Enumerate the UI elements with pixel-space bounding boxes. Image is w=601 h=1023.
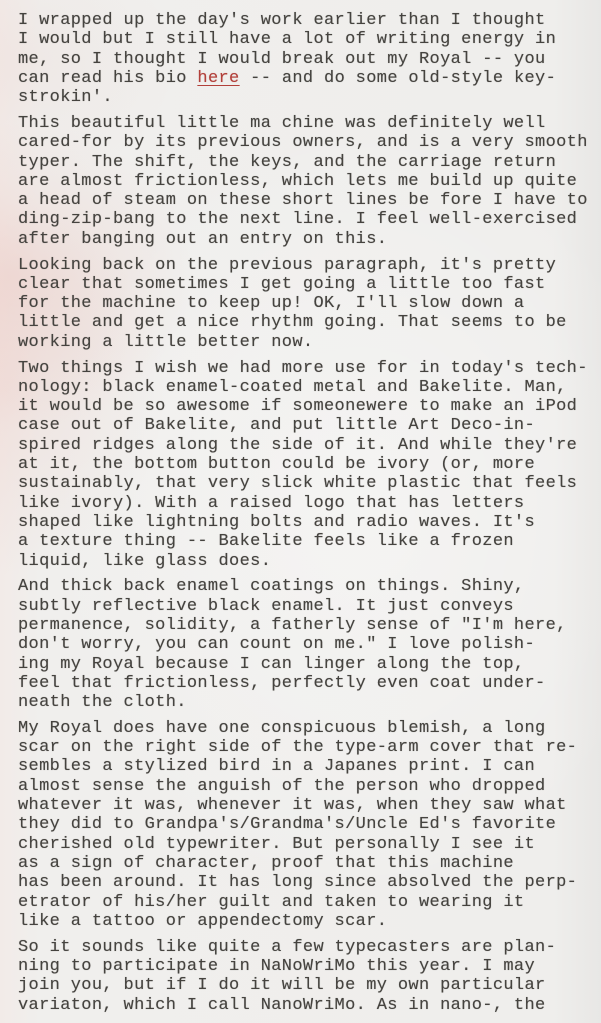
text-segment: ning to participate in NaNoWriMo this ye… (18, 957, 535, 976)
typed-line: little and get a nice rhythm going. That… (18, 313, 591, 332)
text-segment: nology: black enamel-coated metal and Ba… (18, 378, 567, 397)
text-segment: has been around. It has long since absol… (18, 873, 577, 892)
text-segment: clear that sometimes I get going a littl… (18, 275, 546, 294)
text-segment: My Royal does have one conspicuous blemi… (18, 719, 546, 738)
paragraph: Two things I wish we had more use for in… (18, 359, 591, 571)
here-link[interactable]: here (197, 69, 239, 88)
text-segment: don't worry, you can count on me." I lov… (18, 635, 535, 654)
text-segment: typer. The shift, the keys, and the carr… (18, 153, 556, 172)
text-segment: So it sounds like quite a few typecaster… (18, 938, 556, 957)
typed-line: clear that sometimes I get going a littl… (18, 275, 591, 294)
text-segment: I wrapped up the day's work earlier than… (18, 11, 546, 30)
typed-line: a head of steam on these short lines be … (18, 191, 591, 210)
text-segment: they did to Grandpa's/Grandma's/Uncle Ed… (18, 815, 556, 834)
typed-line: almost sense the anguish of the person w… (18, 777, 591, 796)
text-segment: cared-for by its previous owners, and is… (18, 133, 588, 152)
text-segment: sustainably, that very slick white plast… (18, 474, 577, 493)
typed-line: they did to Grandpa's/Grandma's/Uncle Ed… (18, 815, 591, 834)
typed-line: So it sounds like quite a few typecaster… (18, 938, 591, 957)
text-segment: cherished old typewriter. But personally… (18, 835, 535, 854)
paragraph: Looking back on the previous paragraph, … (18, 256, 591, 352)
text-segment: Two things I wish we had more use for in… (18, 359, 588, 378)
typed-line: subtly reflective black enamel. It just … (18, 597, 591, 616)
text-segment: working a little better now. (18, 333, 313, 352)
text-segment: etrator of his/her guilt and taken to we… (18, 893, 524, 912)
paragraph: My Royal does have one conspicuous blemi… (18, 719, 591, 931)
typed-line: for the machine to keep up! OK, I'll slo… (18, 294, 591, 313)
text-segment: -- and do some old-style key- (240, 69, 557, 88)
text-segment: Looking back on the previous paragraph, … (18, 256, 556, 275)
typed-line: are almost frictionless, which lets me b… (18, 172, 591, 191)
text-segment: And thick back enamel coatings on things… (18, 577, 524, 596)
paragraph: And thick back enamel coatings on things… (18, 577, 591, 712)
typed-line: neath the cloth. (18, 693, 591, 712)
text-segment: like ivory). With a raised logo that has… (18, 494, 524, 513)
text-segment: a head of steam on these short lines be … (18, 191, 588, 210)
text-segment: feel that frictionless, perfectly even c… (18, 674, 546, 693)
typed-line: can read his bio here -- and do some old… (18, 69, 591, 88)
typed-line: case out of Bakelite, and put little Art… (18, 416, 591, 435)
text-segment: spired ridges along the side of it. And … (18, 436, 577, 455)
typed-line: it would be so awesome if someonewere to… (18, 397, 591, 416)
typed-page: I wrapped up the day's work earlier than… (0, 0, 601, 1023)
typed-line: scar on the right side of the type-arm c… (18, 738, 591, 757)
typed-line: My Royal does have one conspicuous blemi… (18, 719, 591, 738)
text-segment: little and get a nice rhythm going. That… (18, 313, 567, 332)
text-segment: strokin'. (18, 88, 113, 107)
typed-line: join you, but if I do it will be my own … (18, 976, 591, 995)
typed-line: permanence, solidity, a fatherly sense o… (18, 616, 591, 635)
typed-line: don't worry, you can count on me." I lov… (18, 635, 591, 654)
typed-line: I wrapped up the day's work earlier than… (18, 11, 591, 30)
paragraph: I wrapped up the day's work earlier than… (18, 11, 591, 107)
typed-line: typer. The shift, the keys, and the carr… (18, 153, 591, 172)
typed-line: etrator of his/her guilt and taken to we… (18, 893, 591, 912)
text-segment: case out of Bakelite, and put little Art… (18, 416, 535, 435)
paragraph: This beautiful little ma chine was defin… (18, 114, 591, 249)
text-segment: neath the cloth. (18, 693, 187, 712)
typed-line: ding-zip-bang to the next line. I feel w… (18, 210, 591, 229)
text-segment: permanence, solidity, a fatherly sense o… (18, 616, 567, 635)
typed-line: feel that frictionless, perfectly even c… (18, 674, 591, 693)
text-segment: scar on the right side of the type-arm c… (18, 738, 577, 757)
typed-line: after banging out an entry on this. (18, 230, 591, 249)
text-segment: join you, but if I do it will be my own … (18, 976, 546, 995)
text-segment: for the machine to keep up! OK, I'll slo… (18, 294, 524, 313)
typed-line: like a tattoo or appendectomy scar. (18, 912, 591, 931)
typecast-text: I wrapped up the day's work earlier than… (18, 11, 591, 1015)
typed-line: shaped like lightning bolts and radio wa… (18, 513, 591, 532)
text-segment: This beautiful little ma chine was defin… (18, 114, 546, 133)
text-segment: subtly reflective black enamel. It just … (18, 597, 514, 616)
text-segment: liquid, like glass does. (18, 552, 271, 571)
typed-line: strokin'. (18, 88, 591, 107)
typed-line: ing my Royal because I can linger along … (18, 655, 591, 674)
typed-line: nology: black enamel-coated metal and Ba… (18, 378, 591, 397)
typed-line: ning to participate in NaNoWriMo this ye… (18, 957, 591, 976)
text-segment: at it, the bottom button could be ivory … (18, 455, 535, 474)
typed-line: Looking back on the previous paragraph, … (18, 256, 591, 275)
text-segment: variaton, which I call NanoWriMo. As in … (18, 996, 546, 1015)
typed-line: liquid, like glass does. (18, 552, 591, 571)
text-segment: shaped like lightning bolts and radio wa… (18, 513, 535, 532)
text-segment: almost sense the anguish of the person w… (18, 777, 546, 796)
typed-line: cared-for by its previous owners, and is… (18, 133, 591, 152)
text-segment: whatever it was, whenever it was, when t… (18, 796, 567, 815)
typed-line: variaton, which I call NanoWriMo. As in … (18, 996, 591, 1015)
typed-line: working a little better now. (18, 333, 591, 352)
typed-line: has been around. It has long since absol… (18, 873, 591, 892)
text-segment: it would be so awesome if someonewere to… (18, 397, 577, 416)
text-segment: me, so I thought I would break out my Ro… (18, 50, 546, 69)
text-segment: are almost frictionless, which lets me b… (18, 172, 577, 191)
text-segment: I would but I still have a lot of writin… (18, 30, 556, 49)
typed-line: me, so I thought I would break out my Ro… (18, 50, 591, 69)
typed-line: And thick back enamel coatings on things… (18, 577, 591, 596)
text-segment: a texture thing -- Bakelite feels like a… (18, 532, 514, 551)
typed-line: whatever it was, whenever it was, when t… (18, 796, 591, 815)
typed-line: sustainably, that very slick white plast… (18, 474, 591, 493)
typed-line: This beautiful little ma chine was defin… (18, 114, 591, 133)
text-segment: ing my Royal because I can linger along … (18, 655, 524, 674)
typed-line: spired ridges along the side of it. And … (18, 436, 591, 455)
text-segment: can read his bio (18, 69, 197, 88)
typed-line: Two things I wish we had more use for in… (18, 359, 591, 378)
text-segment: like a tattoo or appendectomy scar. (18, 912, 387, 931)
typed-line: I would but I still have a lot of writin… (18, 30, 591, 49)
typed-line: like ivory). With a raised logo that has… (18, 494, 591, 513)
typed-line: as a sign of character, proof that this … (18, 854, 591, 873)
text-segment: ding-zip-bang to the next line. I feel w… (18, 210, 577, 229)
typed-line: at it, the bottom button could be ivory … (18, 455, 591, 474)
text-segment: as a sign of character, proof that this … (18, 854, 514, 873)
text-segment: after banging out an entry on this. (18, 230, 387, 249)
text-segment: sembles a stylized bird in a Japanes pri… (18, 757, 535, 776)
typed-line: sembles a stylized bird in a Japanes pri… (18, 757, 591, 776)
typed-line: cherished old typewriter. But personally… (18, 835, 591, 854)
paragraph: So it sounds like quite a few typecaster… (18, 938, 591, 1015)
typed-line: a texture thing -- Bakelite feels like a… (18, 532, 591, 551)
